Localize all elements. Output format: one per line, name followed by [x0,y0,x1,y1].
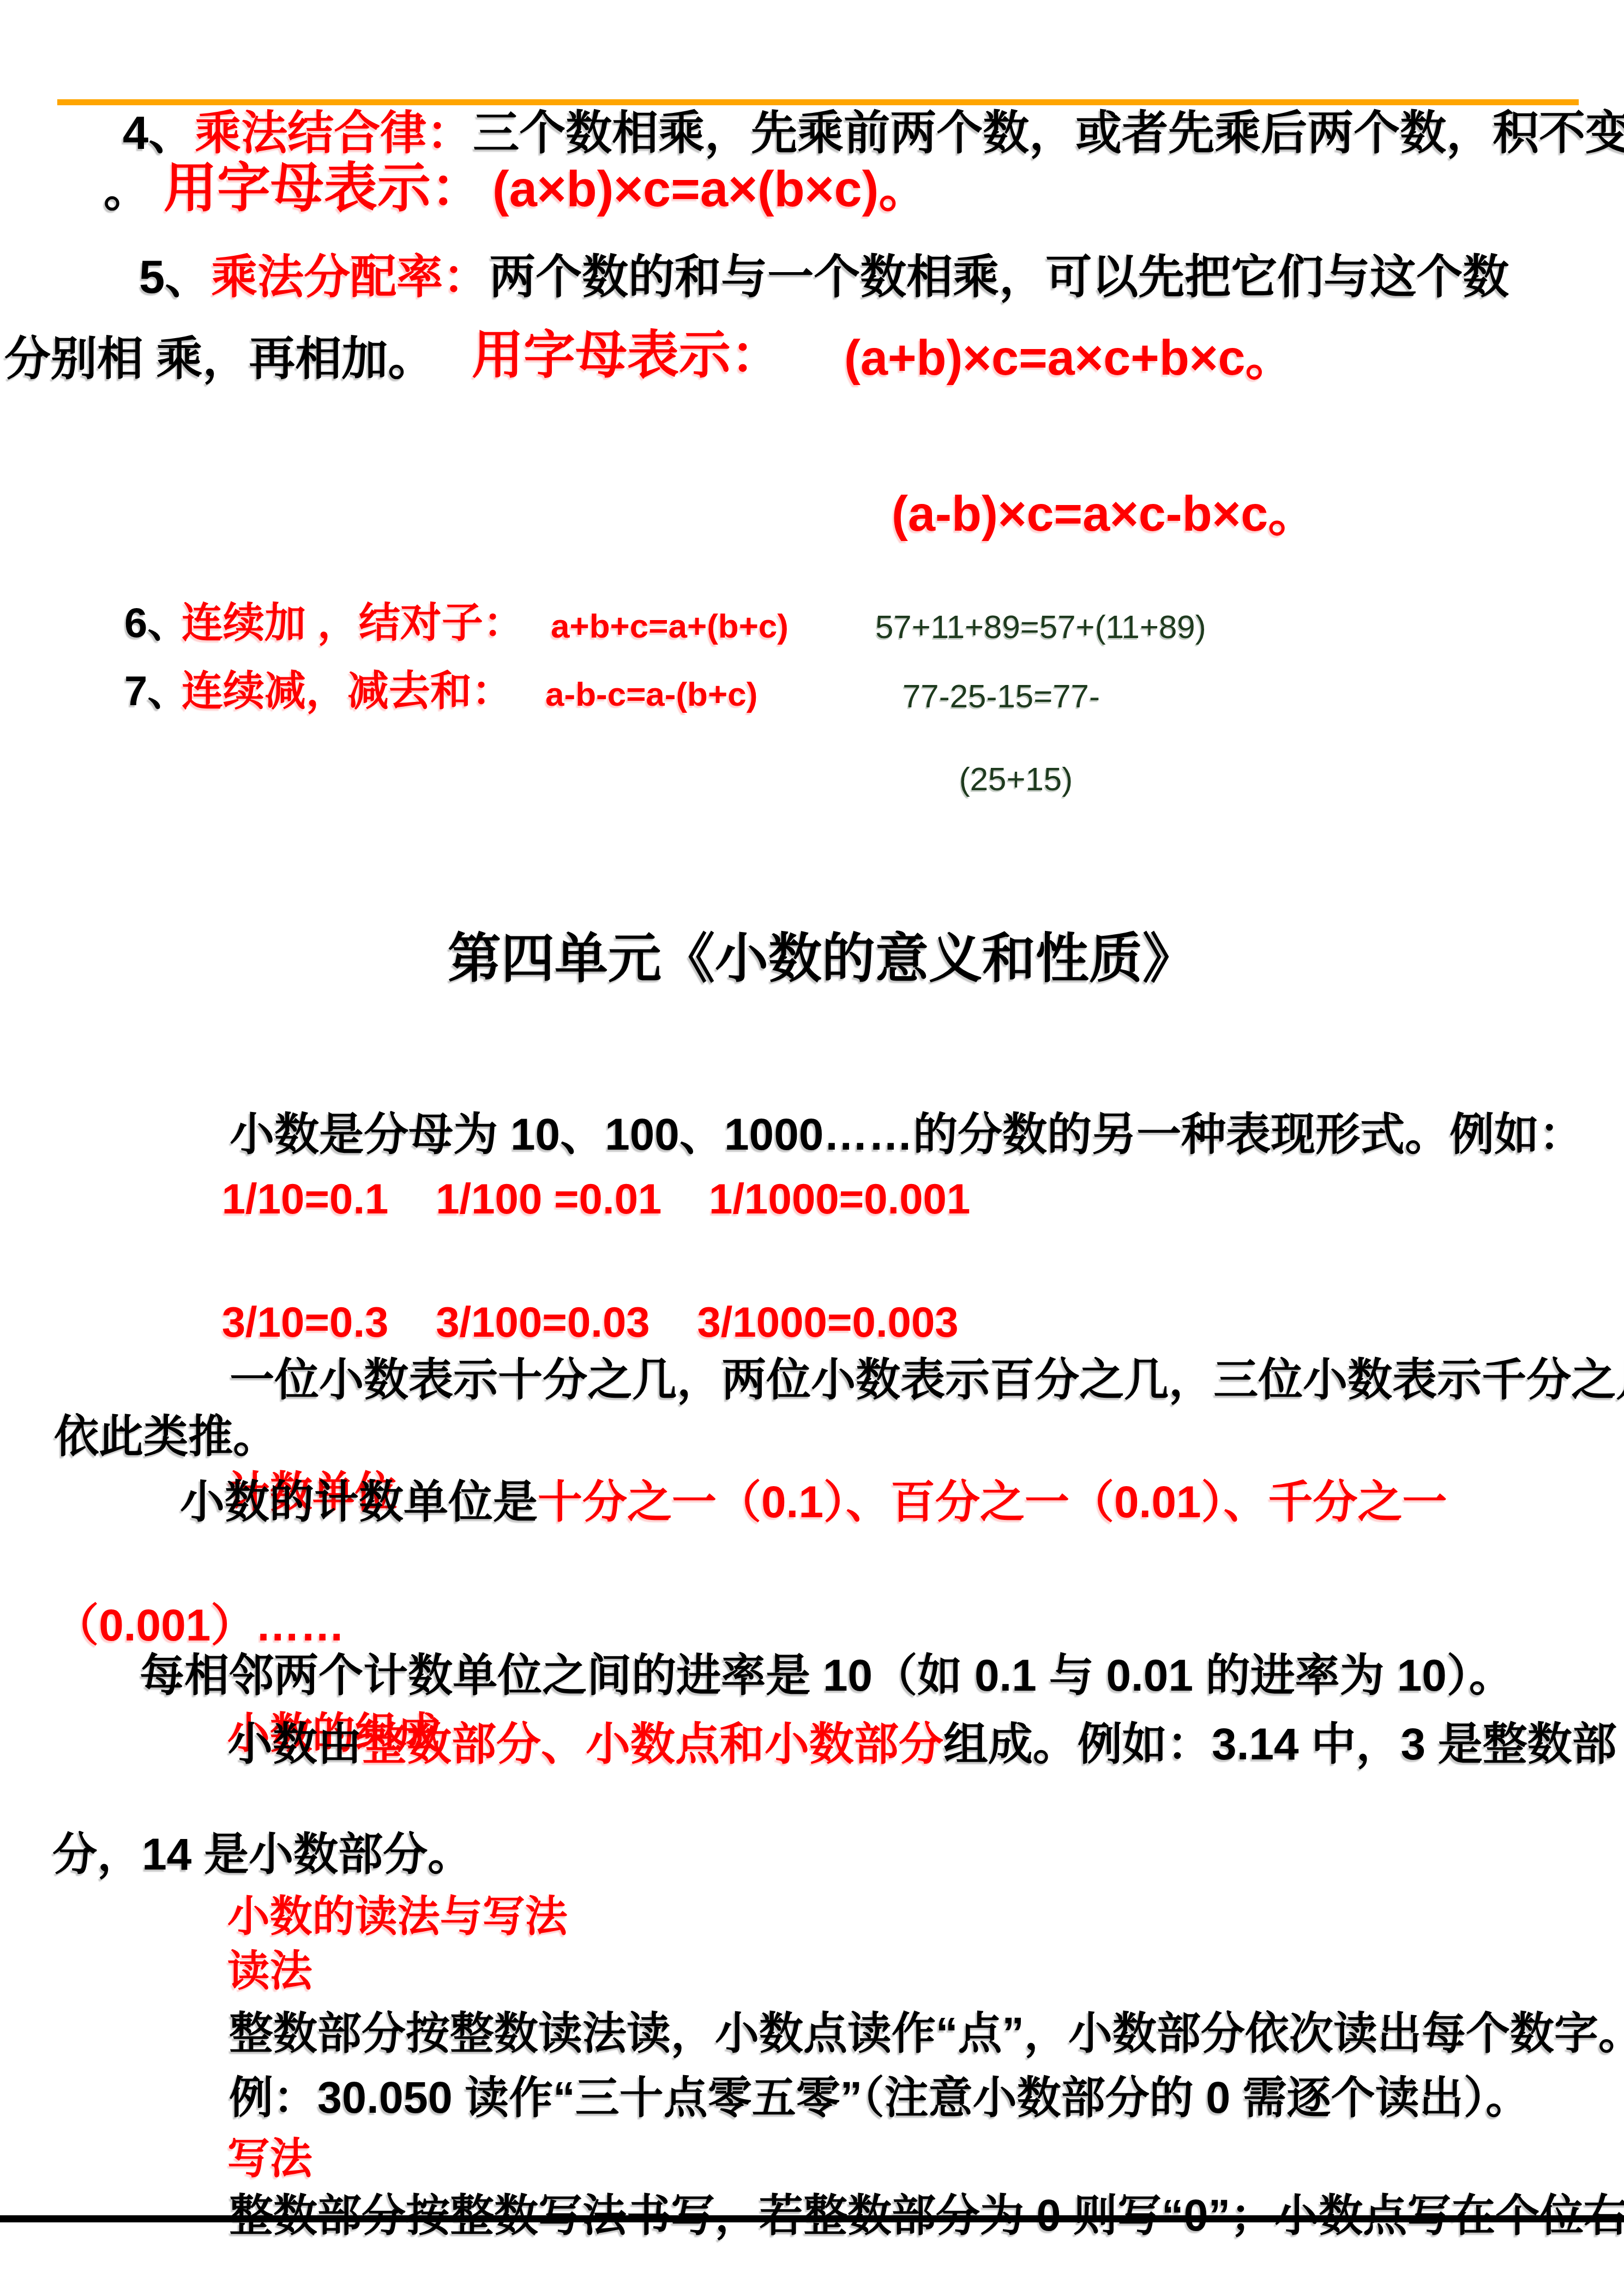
law-item-7-formula: a-b-c=a-(b+c) [545,675,757,714]
law-item-7-example-line2: (25+15) [959,761,1073,797]
unit-title: 第四单元《小数的意义和性质》 [388,866,1196,1050]
composition-black2-text: 组成。例如：3.14 中，3 是整数部 [943,1719,1617,1770]
law-item-7-example-line1: 77-25-15=77- [903,677,1100,715]
counting-unit-black-text: 小数的计数单位是 [180,1477,538,1528]
law-item-7-number: 7、 [124,668,189,715]
place-meaning-line1-text: 一位小数表示十分之几，两位小数表示百分之几，三位小数表示千分之几， [230,1355,1624,1405]
law-item-6: 6、 连续加 ，结对子： a+b+c=a+(b+c) 57+11+89=57+(… [0,596,1624,667]
counting-unit-red-text: 十分之一（0.1）、百分之一（0.01）、千分之一 [538,1477,1447,1528]
read-example-text: 例：30.050 读作“三十点零五零”（注意小数部分的 0 需逐个读出）。 [229,2073,1530,2123]
law-item-4-body: 三个数相乘，先乘前两个数，或者先乘后两个数，积不变 [473,107,1624,160]
distributive-formula-add: (a+b)×c=a×c+b×c。 [844,330,1295,387]
law-item-6-number: 6、 [124,599,189,647]
law-item-4-formula-line: 。 用字母表示： (a×b)×c=a×(b×c)。 [104,157,929,219]
law-item-5-number: 5、 [139,251,211,304]
distributive-formula-subtract: (a-b)×c=a×c-b×c。 [837,430,1317,599]
law-item-6-example: 57+11+89=57+(11+89) [875,608,1206,646]
distributive-formula-subtract-text: (a-b)×c=a×c-b×c。 [892,487,1317,542]
associative-formula: (a×b)×c=a×(b×c)。 [492,161,929,219]
composition-line: 小数由 整数部分、小数点和小数部分 组成。例如：3.14 中，3 是整数部 [228,1719,1617,1770]
law-item-4-number: 4、 [123,107,195,160]
unit-title-text: 第四单元《小数的意义和性质》 [448,928,1196,988]
document-page: 4、 乘法结合律： 三个数相乘，先乘前两个数，或者先乘后两个数，积不变 。 用字… [0,0,1624,2296]
law-item-7: 7、 连续减，减去和： a-b-c=a-(b+c) 77-25-15=77- [0,664,1624,735]
counting-unit-line: 小数的计数单位是 十分之一（0.1）、百分之一（0.01）、千分之一 [180,1477,1447,1528]
law-item-6-formula: a+b+c=a+(b+c) [551,607,789,646]
bottom-divider [0,2215,1624,2222]
law-item-7-example-line2-block: (25+15) [923,723,1073,836]
law-item-5-body: 两个数的和与一个数相乘，可以先把它们与这个数 [489,251,1509,304]
law-item-7-heading: 连续减，减去和： [182,668,513,715]
law-item-5: 5、 乘法分配率： 两个数的和与一个数相乘，可以先把它们与这个数 [139,251,1509,304]
letter-form-heading-1: 用字母表示： [164,157,484,219]
law-item-6-heading: 连续加 ，结对子： [182,599,525,647]
law-item-5-heading: 乘法分配率： [211,251,489,304]
composition-red-text: 整数部分、小数点和小数部分 [362,1719,943,1770]
fraction-examples-row1-text: 1/10=0.1 1/100 =0.01 1/1000=0.001 [222,1175,971,1223]
law-item-5-continuation: 分别相 乘，再相加。 用字母表示： (a+b)×c=a×c+b×c。 [0,326,1624,435]
law-item-4-heading: 乘法结合律： [195,107,473,160]
law-item-5-cont-text: 分别相 乘，再相加。 [4,333,435,386]
letter-form-heading-2: 用字母表示： [472,326,783,386]
law-item-4: 4、 乘法结合律： 三个数相乘，先乘前两个数，或者先乘后两个数，积不变 [123,107,1624,160]
law-item-4-period: 。 [104,164,150,218]
composition-black1-text: 小数由 [228,1719,362,1770]
top-divider [57,99,1579,105]
